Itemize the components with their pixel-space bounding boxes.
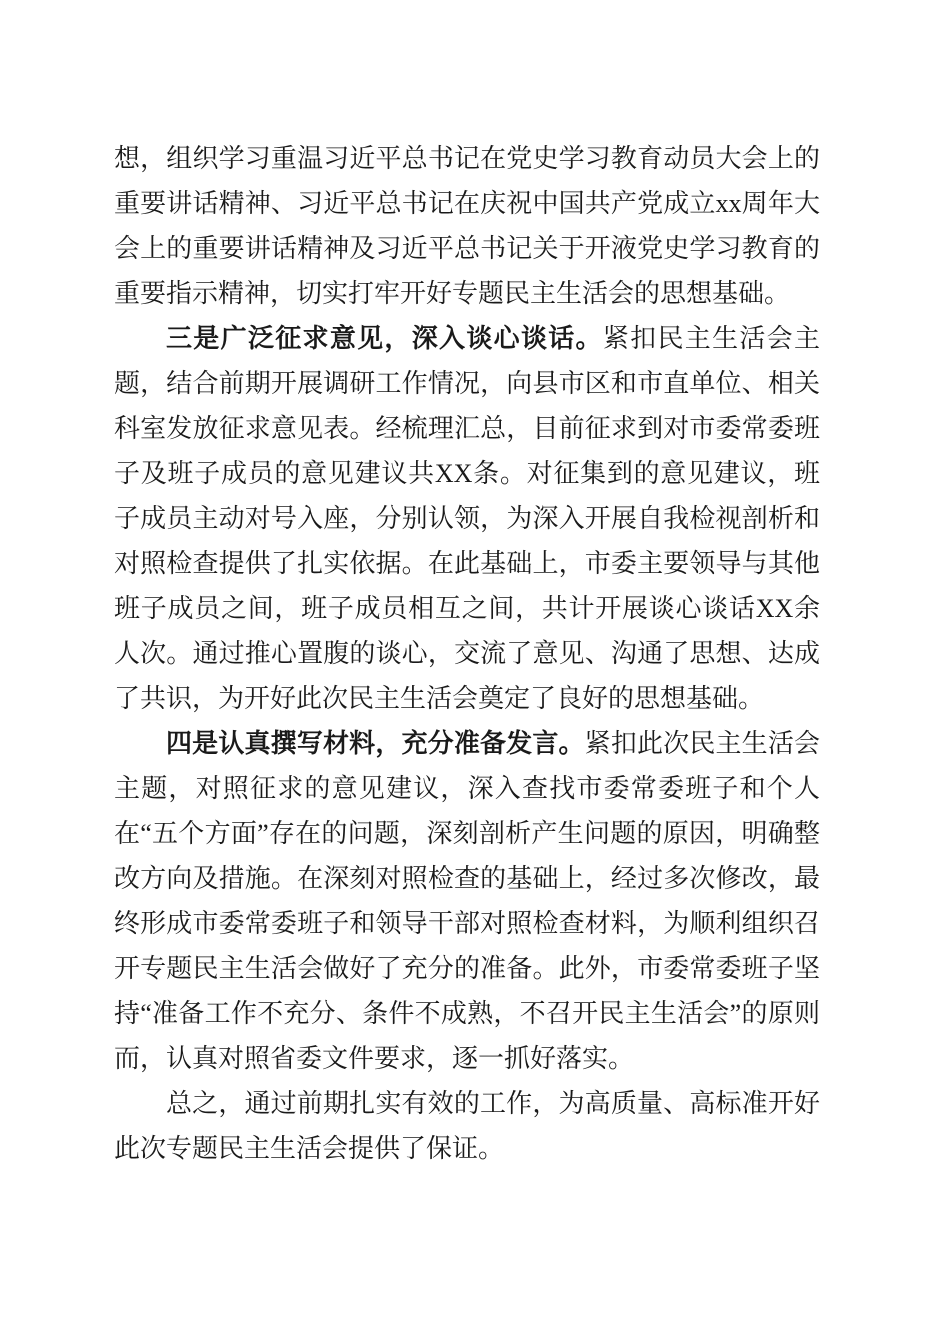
paragraph-text: 想，组织学习重温习近平总书记在党史学习教育动员大会上的重要讲话精神、习近平总书记… [114,144,820,308]
paragraph: 总之，通过前期扎实有效的工作，为高质量、高标准开好此次专题民主生活会提供了保证。 [114,1081,820,1171]
paragraph-text: 总之，通过前期扎实有效的工作，为高质量、高标准开好此次专题民主生活会提供了保证。 [114,1089,820,1163]
paragraph: 想，组织学习重温习近平总书记在党史学习教育动员大会上的重要讲话精神、习近平总书记… [114,136,820,316]
document-body: 想，组织学习重温习近平总书记在党史学习教育动员大会上的重要讲话精神、习近平总书记… [114,136,820,1171]
paragraph-text: 紧扣此次民主生活会主题，对照征求的意见建议，深入查找市委常委班子和个人在“五个方… [114,729,820,1073]
paragraph: 三是广泛征求意见，深入谈心谈话。紧扣民主生活会主题，结合前期开展调研工作情况，向… [114,316,820,721]
document-page: 想，组织学习重温习近平总书记在党史学习教育动员大会上的重要讲话精神、习近平总书记… [0,0,950,1344]
paragraph-text: 紧扣民主生活会主题，结合前期开展调研工作情况，向县市区和市直单位、相关科室发放征… [114,324,820,713]
paragraph-lead: 四是认真撰写材料，充分准备发言。 [166,729,585,758]
paragraph-lead: 三是广泛征求意见，深入谈心谈话。 [166,324,603,353]
paragraph: 四是认真撰写材料，充分准备发言。紧扣此次民主生活会主题，对照征求的意见建议，深入… [114,721,820,1081]
